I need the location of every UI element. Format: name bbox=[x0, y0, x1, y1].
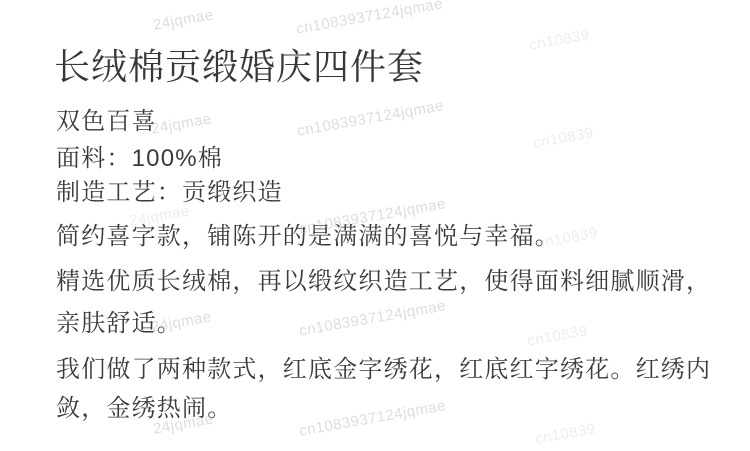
description-line: 我们做了两种款式，红底金字绣花，红底红字绣花。红绣内 bbox=[56, 355, 711, 385]
product-description-page: 24jqmaecn1083937124jqmaecn1083924jqmaecn… bbox=[0, 0, 750, 451]
description-line: 制造工艺：贡缎织造 bbox=[56, 178, 283, 208]
watermark-text: cn1083937124jqmae bbox=[298, 398, 447, 439]
watermark-text: 24jqmae bbox=[150, 111, 213, 136]
watermark-text: cn10839 bbox=[528, 27, 591, 52]
description-line: 亲肤舒适。 bbox=[56, 309, 182, 339]
watermark-text: cn10839 bbox=[526, 323, 589, 348]
product-title: 长绒棉贡缎婚庆四件套 bbox=[54, 44, 424, 89]
watermark-text: cn10839 bbox=[534, 421, 597, 446]
description-line: 敛，金绣热闹。 bbox=[56, 394, 232, 424]
watermark-text: 24jqmae bbox=[152, 7, 215, 32]
watermark-text: cn1083937124jqmae bbox=[298, 298, 447, 339]
watermark-text: cn1083937124jqmae bbox=[295, 0, 444, 37]
description-line: 面料：100%棉 bbox=[56, 144, 223, 174]
description-line: 精选优质长绒棉，再以缎纹织造工艺，使得面料细腻顺滑， bbox=[56, 267, 711, 297]
watermark-text: cn1083937124jqmae bbox=[296, 98, 445, 139]
description-line: 双色百喜 bbox=[56, 107, 157, 137]
watermark-text: cn10839 bbox=[532, 125, 595, 150]
description-line: 简约喜字款，铺陈开的是满满的喜悦与幸福。 bbox=[56, 222, 560, 252]
